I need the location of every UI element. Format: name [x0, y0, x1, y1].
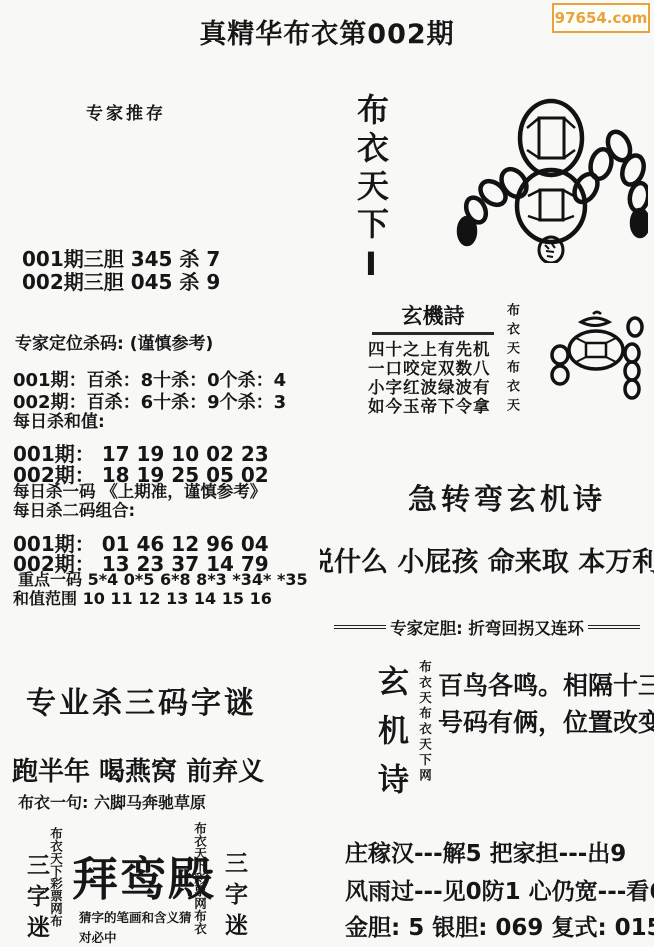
coin-figure-drawing — [548, 305, 650, 403]
buyi-sentence-line: 布衣一句: 六脚马奔驰草原 — [18, 790, 206, 813]
prediction-line-3: 金胆: 5 银胆: 069 复式: 01569 (8) — [345, 909, 654, 942]
poem-side-vertical-label: 布衣天布衣天 — [505, 303, 518, 417]
sharp-turn-poem-title: 急转弯玄机诗 — [408, 477, 606, 518]
sharp-turn-poem-line: 说什么 小屁孩 命来取 本万利 — [320, 540, 654, 582]
double-line-decoration-right — [588, 625, 640, 629]
coin-chain-figure-drawing — [443, 98, 648, 263]
dingwei-shama-header: 专家定位杀码: (谨慎参考) — [15, 329, 213, 354]
lottery-tip-sheet-page: 97654.com 真精华布衣第002期 专家推存 001期三胆 345 杀 7… — [0, 0, 654, 947]
three-char-riddle-label-right: 三字迷 — [222, 851, 245, 944]
prediction-line-2: 风雨过---见0防1 心仍宽---看6防8 — [345, 873, 654, 906]
expert-recommend-header: 专家推存 — [86, 99, 166, 124]
page-title: 真精华布衣第002期 — [0, 12, 654, 51]
dingdan-poem-line1: 百鸟各鸣。相隔十三， — [438, 666, 654, 702]
dan-line-002: 002期三胆 045 杀 9 — [22, 266, 220, 295]
daily-sha-hezhi-header: 每日杀和值: — [13, 407, 105, 432]
expert-dingdan-header-text: 专家定胆: 折弯回拐又连环 — [390, 615, 584, 639]
three-char-riddle-label-left: 三字迷 — [24, 853, 47, 946]
daily-sha-erma-header: 每日杀二码组合: — [13, 497, 135, 521]
sharp-turn-poem-line-clip: 说什么 小屁孩 命来取 本万利 — [320, 540, 654, 582]
dingdan-poem-line2: 号码有俩，位置改变。 — [438, 703, 654, 739]
sum-range-line: 和值范围 10 11 12 13 14 15 16 — [13, 586, 272, 609]
xuanji-poem-line4: 如今玉帝下令拿 — [368, 393, 491, 417]
buyi-tianxia-vertical-label: 布衣天下Ⅰ — [355, 93, 387, 289]
double-line-decoration-left — [334, 625, 386, 629]
expert-dingdan-header: 专家定胆: 折弯回拐又连环 — [334, 615, 640, 639]
xuanji-poem-vertical-title: 玄机诗 — [374, 665, 405, 812]
prediction-line-1: 庄稼汉---解5 把家担---出9 — [345, 835, 626, 868]
riddle-hint-line1: 猜字的笔画和含义猜 — [79, 908, 192, 926]
site-name-vertical-left: 布衣天下彩票网布 — [49, 827, 62, 947]
dingdan-side-vertical-label: 布衣天布衣天下网 — [418, 660, 431, 800]
sha-sanma-riddle-line: 跑半年 喝燕窝 前弃义 — [12, 751, 264, 788]
sha-sanma-riddle-title: 专业杀三码字谜 — [26, 678, 257, 722]
site-name-vertical-right: 布衣天下彩票网布衣 — [193, 822, 206, 947]
riddle-hint-line2: 对必中 — [79, 928, 117, 946]
xuanji-poem-title: 玄機詩 — [372, 300, 494, 335]
